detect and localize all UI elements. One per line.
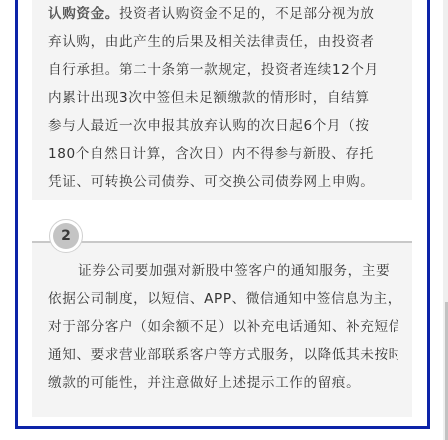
text-line: 依据公司制度，以短信、APP、微信通知中签信息为主，	[48, 285, 398, 313]
text-line: 自行承担。第二十条第一款规定，投资者连续12个月	[48, 56, 398, 84]
text-line: 缴款的可能性，并注意做好上述提示工作的留痕。	[48, 369, 398, 397]
bold-phrase: 认购资金。	[48, 6, 119, 22]
text-line: 内累计出现3次中签但未足额缴款的情形时，自结算	[48, 84, 398, 112]
text-line: 参与人最近一次申报其放弃认购的次日起6个月（按	[48, 112, 398, 140]
text-line: 凭证、可转换公司债券、可交换公司债券网上申购。	[48, 168, 398, 196]
text-line: 对于部分客户（如余额不足）以补充电话通知、补充短信	[48, 313, 398, 341]
section-number-badge: 2	[49, 219, 83, 253]
section-1-panel: 认购资金。投资者认购资金不足的，不足部分视为放 弃认购，由此产生的后果及相关法律…	[32, 0, 412, 200]
section-2-text: 证券公司要加强对新股中签客户的通知服务，主要 依据公司制度，以短信、APP、微信…	[48, 257, 398, 397]
text-line: 通知、要求营业部联系客户等方式服务，以降低其未按时	[48, 341, 398, 369]
text-line: 弃认购，由此产生的后果及相关法律责任，由投资者	[48, 28, 398, 56]
text-line: 180个自然日计算，含次日）内不得参与新股、存托	[48, 140, 398, 168]
section-number: 2	[53, 223, 79, 249]
section-1-text: 认购资金。投资者认购资金不足的，不足部分视为放 弃认购，由此产生的后果及相关法律…	[48, 0, 398, 196]
text-line: 认购资金。投资者认购资金不足的，不足部分视为放	[48, 0, 398, 28]
article-page: 认购资金。投资者认购资金不足的，不足部分视为放 弃认购，由此产生的后果及相关法律…	[0, 0, 448, 440]
text-line: 证券公司要加强对新股中签客户的通知服务，主要	[48, 257, 398, 285]
section-2-panel: 证券公司要加强对新股中签客户的通知服务，主要 依据公司制度，以短信、APP、微信…	[32, 241, 412, 417]
